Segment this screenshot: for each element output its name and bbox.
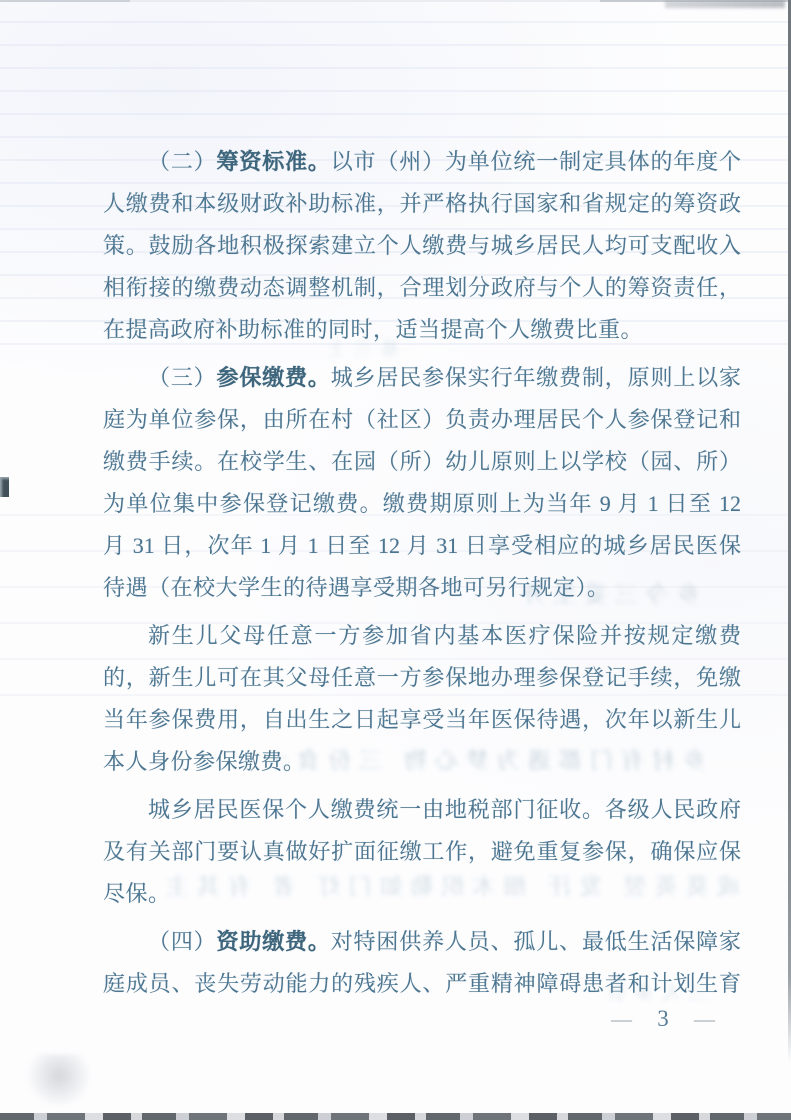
- text-line: 为单位集中参保登记缴费。缴费期原则上为当年 9 月 1 日至 12: [103, 483, 741, 525]
- document-body: （二）筹资标准。以市（州）为单位统一制定具体的年度个 人缴费和本级财政补助标准，…: [103, 141, 741, 1005]
- text-line: 缴费手续。在校学生、在园（所）幼儿原则上以学校（园、所）: [103, 441, 741, 483]
- scan-smudge: [26, 1054, 92, 1108]
- paragraph-2-funding-standard: （二）筹资标准。以市（州）为单位统一制定具体的年度个 人缴费和本级财政补助标准，…: [103, 141, 741, 351]
- paragraph-tax-collection: 城乡居民医保个人缴费统一由地税部门征收。各级人民政府 及有关部门要认真做好扩面征…: [103, 789, 741, 915]
- text-line: 本人身份参保缴费。: [103, 741, 741, 783]
- text-line: 的，新生儿可在其父母任意一方参保地办理参保登记手续，免缴: [103, 657, 741, 699]
- page-number-dash: —: [611, 1007, 632, 1032]
- page-number-dash: —: [694, 1007, 715, 1032]
- section-heading: 资助缴费。: [217, 929, 331, 954]
- text-line: 在提高政府补助标准的同时，适当提高个人缴费比重。: [103, 309, 741, 351]
- text-line: 待遇（在校大学生的待遇享受期各地可另行规定）。: [103, 567, 741, 609]
- text-line: （四）资助缴费。对特困供养人员、孤儿、最低生活保障家: [103, 921, 741, 963]
- text-line: 尽保。: [103, 873, 741, 915]
- text-line: 当年参保费用，自出生之日起享受当年医保待遇，次年以新生儿: [103, 699, 741, 741]
- paragraph-4-subsidized-payment: （四）资助缴费。对特困供养人员、孤儿、最低生活保障家 庭成员、丧失劳动能力的残疾…: [103, 921, 741, 1005]
- page-number: — 3 —: [611, 1004, 715, 1034]
- paragraph-newborn: 新生儿父母任意一方参加省内基本医疗保险并按规定缴费 的，新生儿可在其父母任意一方…: [103, 615, 741, 783]
- scanned-document-page: 乡今三妥生外 基兰上 乡村有门都遇为梦心物 三份食介 或莫英翌 发汗 细木织勒如…: [0, 0, 791, 1120]
- text-line: 庭成员、丧失劳动能力的残疾人、严重精神障碍患者和计划生育: [103, 963, 741, 1005]
- text-line: 及有关部门要认真做好扩面征缴工作，避免重复参保，确保应保: [103, 831, 741, 873]
- page-number-value: 3: [657, 1006, 669, 1032]
- text-line: （二）筹资标准。以市（州）为单位统一制定具体的年度个: [103, 141, 741, 183]
- text-line: 庭为单位参保，由所在村（社区）负责办理居民个人参保登记和: [103, 399, 741, 441]
- scan-corner-smudge: [665, 0, 785, 8]
- text-line: 新生儿父母任意一方参加省内基本医疗保险并按规定缴费: [103, 615, 741, 657]
- text-line: 城乡居民医保个人缴费统一由地税部门征收。各级人民政府: [103, 789, 741, 831]
- text-line: 人缴费和本级财政补助标准，并严格执行国家和省规定的筹资政: [103, 183, 741, 225]
- paragraph-3-enrollment-payment: （三）参保缴费。城乡居民参保实行年缴费制，原则上以家 庭为单位参保，由所在村（社…: [103, 357, 741, 609]
- text-line: 策。鼓励各地积极探索建立个人缴费与城乡居民人均可支配收入: [103, 225, 741, 267]
- text-line: 相衔接的缴费动态调整机制，合理划分政府与个人的筹资责任，: [103, 267, 741, 309]
- text-line: （三）参保缴费。城乡居民参保实行年缴费制，原则上以家: [103, 357, 741, 399]
- binding-mark: [0, 477, 9, 497]
- text-line: 月 31 日，次年 1 月 1 日至 12 月 31 日享受相应的城乡居民医保: [103, 525, 741, 567]
- scan-bottom-edge-artifact: [0, 1113, 791, 1120]
- section-heading: 筹资标准。: [217, 149, 331, 174]
- section-heading: 参保缴费。: [217, 365, 331, 390]
